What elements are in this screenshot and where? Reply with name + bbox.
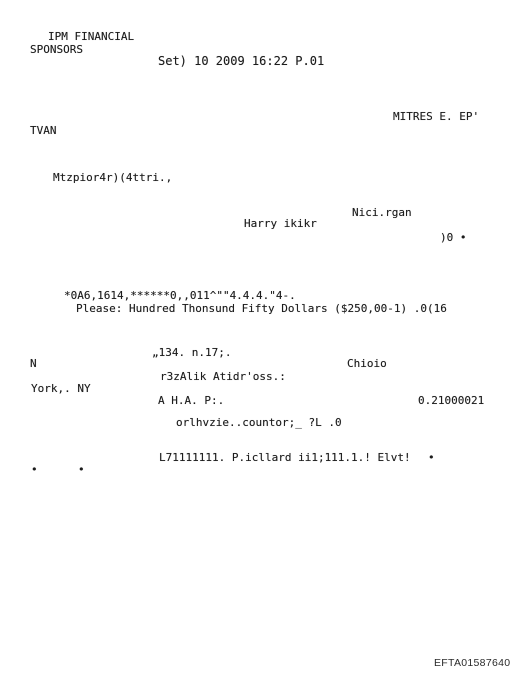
- aba-label: A H.A. P:.: [158, 395, 224, 407]
- attention-line: Mtzpior4r)(4ttri.,: [53, 172, 172, 184]
- fax-document-page: IPM FINANCIAL SPONSORS Set) 10 2009 16:2…: [0, 0, 512, 678]
- account-code-line: *0A6,1614,******0,,011^""4.4.4."4-.: [64, 290, 296, 302]
- name-line-center: Harry ikikr: [244, 218, 317, 230]
- name-line-right: Nici.rgan: [352, 207, 412, 219]
- bullet-dot-right: •: [428, 452, 435, 464]
- fax-sender-name-line1: IPM FINANCIAL: [48, 31, 134, 43]
- reference-line: „134. n.17;.: [152, 347, 231, 359]
- bates-number-stamp: EFTA01587640: [434, 658, 510, 670]
- bullet-dot-bottom-left1: •: [31, 464, 38, 476]
- address-label: r3zAlik Atidr'oss.:: [160, 371, 286, 383]
- city-state-line: York,. NY: [31, 383, 91, 395]
- bullet-dot-bottom-left2: •: [78, 464, 85, 476]
- amount-words-line: Please: Hundred Thonsund Fifty Dollars (…: [76, 303, 447, 315]
- recipient-name-left: TVAN: [30, 125, 57, 137]
- account-number-line: L71111111. P.icllard ii1;111.1.! Elvt!: [159, 452, 411, 464]
- paren-fragment: )0 •: [440, 232, 467, 244]
- city-fragment-right: Chioio: [347, 358, 387, 370]
- fax-sender-name-line2: SPONSORS: [30, 44, 83, 56]
- counter-line: orlhvzie..countor;_ ?L .0: [176, 417, 342, 429]
- left-margin-n: N: [30, 358, 37, 370]
- aba-number: 0.21000021: [418, 395, 484, 407]
- fax-timestamp: Set) 10 2009 16:22 P.01: [158, 55, 324, 68]
- recipient-name-right: MITRES E. EP': [393, 111, 479, 123]
